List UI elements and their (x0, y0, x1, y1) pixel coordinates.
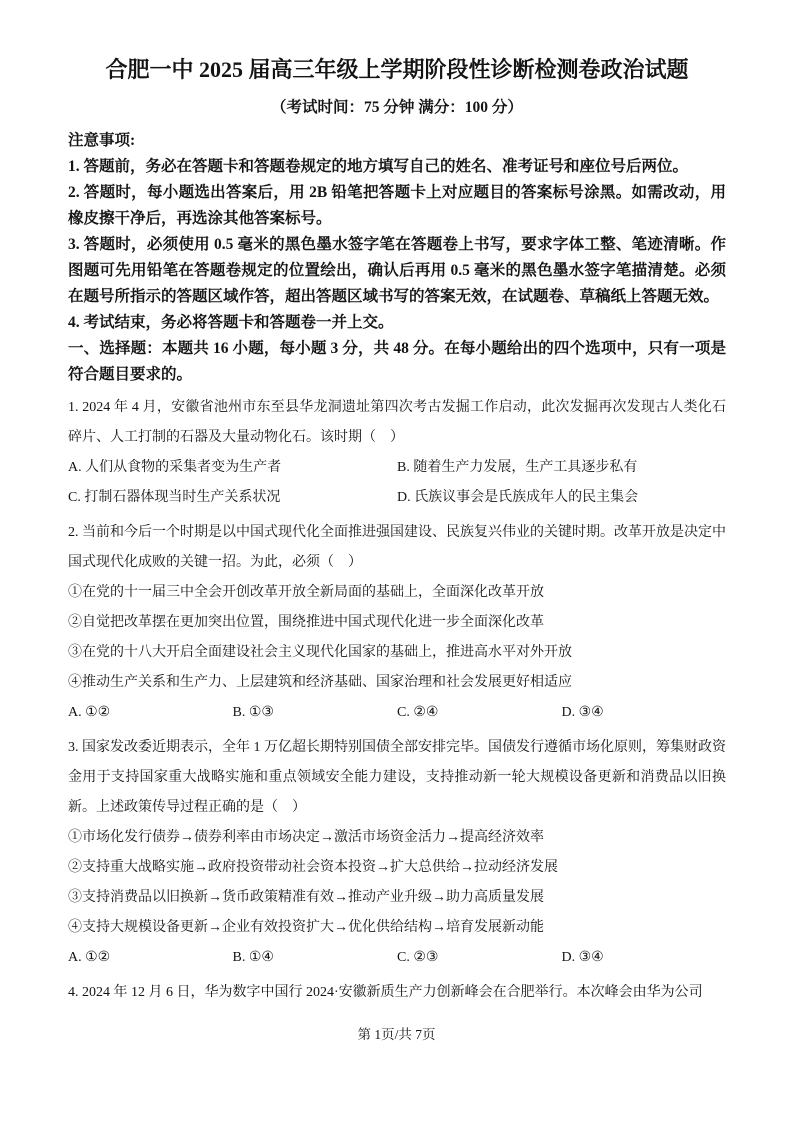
question-3-statement-4: ④支持大规模设备更新→企业有效投资扩大→优化供给结构→培育发展新动能 (68, 913, 726, 943)
question-1-stem: 1. 2024 年 4 月，安徽省池州市东至县华龙洞遗址第四次考古发掘工作启动，… (68, 393, 726, 453)
section-heading: 一、选择题：本题共 16 小题，每小题 3 分，共 48 分。在每小题给出的四个… (68, 336, 726, 388)
question-3-options: A. ①② B. ①④ C. ②③ D. ③④ (68, 943, 726, 973)
question-3-option-d: D. ③④ (562, 943, 727, 973)
question-3-option-b: B. ①④ (233, 943, 398, 973)
question-4-stem: 4. 2024 年 12 月 6 日，华为数字中国行 2024·安徽新质生产力创… (68, 978, 726, 1008)
question-3-statement-3: ③支持消费品以旧换新→货币政策精准有效→推动产业升级→助力高质量发展 (68, 883, 726, 913)
question-4: 4. 2024 年 12 月 6 日，华为数字中国行 2024·安徽新质生产力创… (68, 978, 726, 1008)
question-3-option-a: A. ①② (68, 943, 233, 973)
exam-info: （考试时间：75 分钟 满分：100 分） (68, 97, 726, 119)
question-2-option-c: C. ②④ (397, 698, 562, 728)
notice-item-2: 2. 答题时，每小题选出答案后，用 2B 铅笔把答题卡上对应题目的答案标号涂黑。… (68, 180, 726, 232)
notice-item-1: 1. 答题前，务必在答题卡和答题卷规定的地方填写自己的姓名、准考证号和座位号后两… (68, 154, 726, 180)
question-2: 2. 当前和今后一个时期是以中国式现代化全面推进强国建设、民族复兴伟业的关键时期… (68, 518, 726, 728)
notice-item-4: 4. 考试结束，务必将答题卡和答题卷一并上交。 (68, 310, 726, 336)
question-3: 3. 国家发改委近期表示，全年 1 万亿超长期特别国债全部安排完毕。国债发行遵循… (68, 733, 726, 973)
question-2-option-b: B. ①③ (233, 698, 398, 728)
question-2-statement-2: ②自觉把改革摆在更加突出位置，围绕推进中国式现代化进一步全面深化改革 (68, 608, 726, 638)
question-2-stem: 2. 当前和今后一个时期是以中国式现代化全面推进强国建设、民族复兴伟业的关键时期… (68, 518, 726, 578)
question-3-stem: 3. 国家发改委近期表示，全年 1 万亿超长期特别国债全部安排完毕。国债发行遵循… (68, 733, 726, 823)
question-3-option-c: C. ②③ (397, 943, 562, 973)
question-3-statement-2: ②支持重大战略实施→政府投资带动社会资本投资→扩大总供给→拉动经济发展 (68, 853, 726, 883)
question-1-options: A. 人们从食物的采集者变为生产者 B. 随着生产力发展，生产工具逐步私有 C.… (68, 453, 726, 513)
question-2-options: A. ①② B. ①③ C. ②④ D. ③④ (68, 698, 726, 728)
question-2-option-a: A. ①② (68, 698, 233, 728)
question-2-statement-1: ①在党的十一届三中全会开创改革开放全新局面的基础上，全面深化改革开放 (68, 578, 726, 608)
question-2-statement-3: ③在党的十八大开启全面建设社会主义现代化国家的基础上，推进高水平对外开放 (68, 638, 726, 668)
question-2-statement-4: ④推动生产关系和生产力、上层建筑和经济基础、国家治理和社会发展更好相适应 (68, 668, 726, 698)
page-title: 合肥一中 2025 届高三年级上学期阶段性诊断检测卷政治试题 (68, 55, 726, 85)
question-3-statement-1: ①市场化发行债券→债券利率由市场决定→激活市场资金活力→提高经济效率 (68, 823, 726, 853)
question-1-option-c: C. 打制石器体现当时生产关系状况 (68, 483, 397, 513)
exam-paper-page: 合肥一中 2025 届高三年级上学期阶段性诊断检测卷政治试题 （考试时间：75 … (0, 0, 793, 1122)
question-1-option-d: D. 氏族议事会是氏族成年人的民主集会 (397, 483, 726, 513)
question-1: 1. 2024 年 4 月，安徽省池州市东至县华龙洞遗址第四次考古发掘工作启动，… (68, 393, 726, 513)
question-2-option-d: D. ③④ (562, 698, 727, 728)
page-content: 合肥一中 2025 届高三年级上学期阶段性诊断检测卷政治试题 （考试时间：75 … (68, 0, 726, 1008)
notice-item-3: 3. 答题时，必须使用 0.5 毫米的黑色墨水签字笔在答题卷上书写，要求字体工整… (68, 232, 726, 310)
page-footer: 第 1页/共 7页 (0, 1022, 793, 1048)
notice-heading: 注意事项: (68, 128, 726, 154)
question-1-option-a: A. 人们从食物的采集者变为生产者 (68, 453, 397, 483)
question-1-option-b: B. 随着生产力发展，生产工具逐步私有 (397, 453, 726, 483)
